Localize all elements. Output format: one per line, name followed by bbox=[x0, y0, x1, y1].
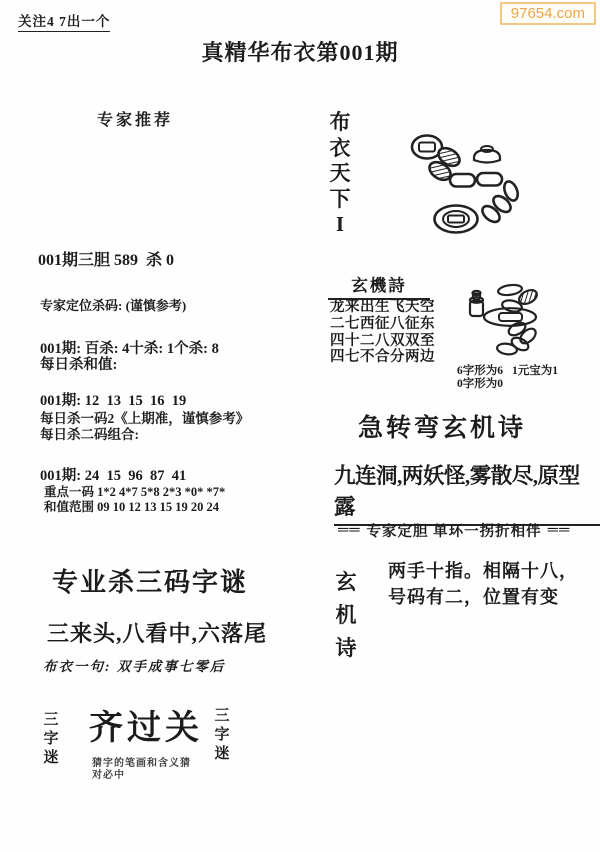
top-left-note: 关注4 7出一个 bbox=[18, 10, 110, 32]
puzzle-side-label-right: 三 字 迷 bbox=[212, 707, 232, 764]
coin-snake-drawing bbox=[462, 281, 547, 359]
puzzle-char: 字 bbox=[212, 726, 232, 745]
expert-dan-banner: ══ 专家定胆 单环一拐折相伴 ══ bbox=[338, 520, 570, 541]
poem-line: 龙来出生飞天空 bbox=[330, 299, 435, 316]
vertical-char: 机 bbox=[334, 599, 358, 632]
puzzle-char: 三 bbox=[41, 711, 61, 730]
banner-decor-left: ══ bbox=[338, 522, 361, 539]
lottery-tip-sheet-page: 关注4 7出一个 97654.com 真精华布衣第001期 专家推荐 001期三… bbox=[0, 0, 600, 852]
sharp-turn-heading: 急转弯玄机诗 bbox=[358, 408, 526, 444]
vertical-char: 下 bbox=[327, 187, 353, 213]
sum-range-line: 和值范围 09 10 12 13 15 19 20 24 bbox=[44, 497, 219, 515]
puzzle-side-label-left: 三 字 迷 bbox=[41, 711, 61, 768]
expert-recommend-heading: 专家推荐 bbox=[97, 107, 173, 130]
kill-code-heading: 专家定位杀码: (谨慎参考) bbox=[40, 295, 186, 314]
vertical-char: 布 bbox=[327, 110, 353, 136]
puzzle-char: 三 bbox=[212, 707, 232, 726]
xuanji-poem-heading: 玄機詩 bbox=[328, 272, 430, 300]
page-title: 真精华布衣第001期 bbox=[0, 36, 600, 67]
vertical-char: 衣 bbox=[327, 136, 353, 162]
vertical-char: 玄 bbox=[334, 566, 358, 599]
sharp-turn-line: 九连洞,两妖怪,雾散尽,原型露 bbox=[334, 459, 600, 526]
legend-item-1: 1元宝为1 bbox=[512, 362, 558, 378]
banner-decor-right: ══ bbox=[548, 522, 571, 539]
vertical-char: I bbox=[327, 212, 353, 238]
riddle-heading: 专业杀三码字谜 bbox=[52, 562, 248, 599]
puzzle-char: 字 bbox=[41, 730, 61, 749]
poem-line: 四七不合分两边 bbox=[330, 349, 435, 366]
poem-line: 二七西征八征东 bbox=[330, 316, 435, 333]
coin-chain-drawing bbox=[398, 126, 543, 236]
puzzle-note-2: 对必中 bbox=[92, 766, 125, 781]
daily-kill-two-label: 每日杀二码组合: bbox=[40, 423, 139, 443]
buyi-tianxia-vertical-title: 布 衣 天 下 I bbox=[327, 110, 353, 238]
hint-line-1: 两手十指。相隔十八， bbox=[388, 557, 578, 583]
riddle-line: 三来头,八看中,六落尾 bbox=[47, 617, 267, 648]
puzzle-char: 迷 bbox=[41, 749, 61, 768]
poem-line: 四十二八双双至 bbox=[330, 333, 435, 350]
vertical-char: 天 bbox=[327, 161, 353, 187]
expert-dan-text: 专家定胆 单环一拐折相伴 bbox=[367, 520, 542, 541]
buyi-sentence: 布衣一句: 双手成事七零后 bbox=[43, 655, 225, 675]
puzzle-char: 迷 bbox=[212, 745, 232, 764]
puzzle-answer: 齐过关 bbox=[89, 700, 203, 749]
watermark-badge: 97654.com bbox=[500, 2, 596, 25]
daily-kill-sum-label: 每日杀和值: bbox=[40, 353, 117, 374]
vertical-char: 诗 bbox=[334, 632, 358, 665]
xuanji-poem: 龙来出生飞天空 二七西征八征东 四十二八双双至 四七不合分两边 bbox=[330, 299, 435, 366]
three-dan-line: 001期三胆 589 杀 0 bbox=[38, 247, 174, 270]
hint-line-2: 号码有二，位置有变 bbox=[388, 583, 559, 609]
legend-item-0: 0字形为0 bbox=[457, 375, 503, 391]
xuanjishi-vertical-label: 玄 机 诗 bbox=[334, 566, 358, 665]
